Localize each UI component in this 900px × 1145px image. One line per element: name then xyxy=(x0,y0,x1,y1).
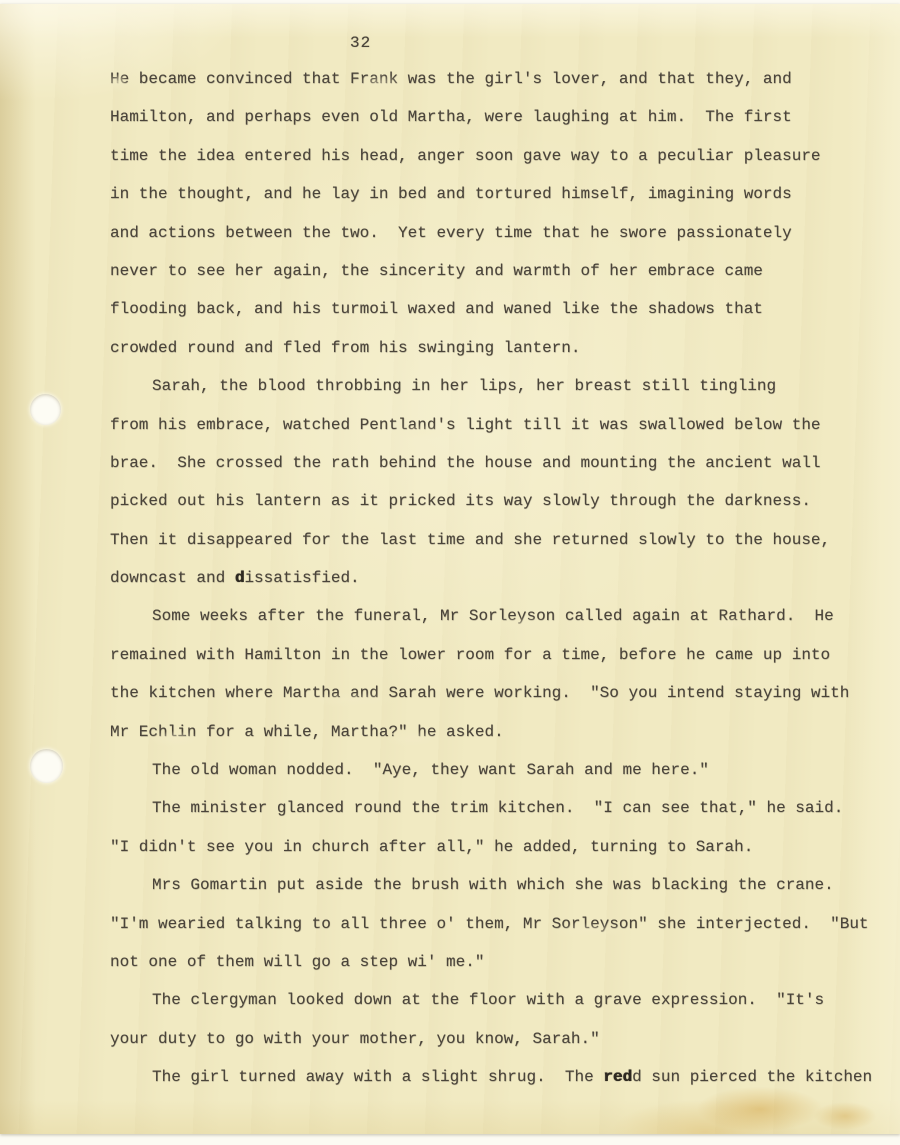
text-line: your duty to go with your mother, you kn… xyxy=(110,1020,890,1058)
text-line: the kitchen where Martha and Sarah were … xyxy=(110,674,890,712)
text-line: in the thought, and he lay in bed and to… xyxy=(110,175,890,213)
text-line: never to see her again, the sincerity an… xyxy=(110,252,890,290)
page-number: 32 xyxy=(350,34,371,52)
text-line: downcast and dissatisfied. xyxy=(110,559,890,597)
text-segment: issatisfied. xyxy=(244,569,359,587)
overstruck-word: d xyxy=(235,569,245,587)
text-line: Mr Echlin for a while, Martha?" he asked… xyxy=(110,713,890,751)
text-line: Hamilton, and perhaps even old Martha, w… xyxy=(110,98,890,136)
text-line: Then it disappeared for the last time an… xyxy=(110,521,890,559)
text-segment: The girl turned away with a slight shrug… xyxy=(152,1068,603,1086)
scanned-page-background: { "page": { "number": "32" }, "colors": … xyxy=(0,0,900,1145)
text-line: "I didn't see you in church after all," … xyxy=(110,828,890,866)
punch-hole-top xyxy=(30,394,61,425)
text-line: remained with Hamilton in the lower room… xyxy=(110,636,890,674)
punch-hole-bottom xyxy=(30,749,63,783)
text-segment: d sun pierced the kitchen xyxy=(632,1068,872,1086)
text-line: Sarah, the blood throbbing in her lips, … xyxy=(110,367,890,405)
text-line: The minister glanced round the trim kitc… xyxy=(110,789,890,827)
text-line: "I'm wearied talking to all three o' the… xyxy=(110,905,890,943)
text-line: Some weeks after the funeral, Mr Sorleys… xyxy=(110,597,890,635)
text-segment: downcast and xyxy=(110,569,235,587)
page-text: He became convinced that Frank was the g… xyxy=(110,60,890,1097)
text-line: picked out his lantern as it pricked its… xyxy=(110,482,890,520)
text-line: He became convinced that Frank was the g… xyxy=(110,60,890,98)
text-line: The clergyman looked down at the floor w… xyxy=(110,981,890,1019)
text-line: not one of them will go a step wi' me." xyxy=(110,943,890,981)
text-line: and actions between the two. Yet every t… xyxy=(110,214,890,252)
text-line: time the idea entered his head, anger so… xyxy=(110,137,890,175)
text-line: Mrs Gomartin put aside the brush with wh… xyxy=(110,866,890,904)
text-line: flooding back, and his turmoil waxed and… xyxy=(110,290,890,328)
text-line: from his embrace, watched Pentland's lig… xyxy=(110,406,890,444)
overstruck-word: red xyxy=(603,1068,632,1086)
text-line: brae. She crossed the rath behind the ho… xyxy=(110,444,890,482)
text-line: The old woman nodded. "Aye, they want Sa… xyxy=(110,751,890,789)
text-line: The girl turned away with a slight shrug… xyxy=(110,1058,890,1096)
text-line: crowded round and fled from his swinging… xyxy=(110,329,890,367)
page-sheet: 32 He became convinced that Frank was th… xyxy=(0,4,900,1134)
